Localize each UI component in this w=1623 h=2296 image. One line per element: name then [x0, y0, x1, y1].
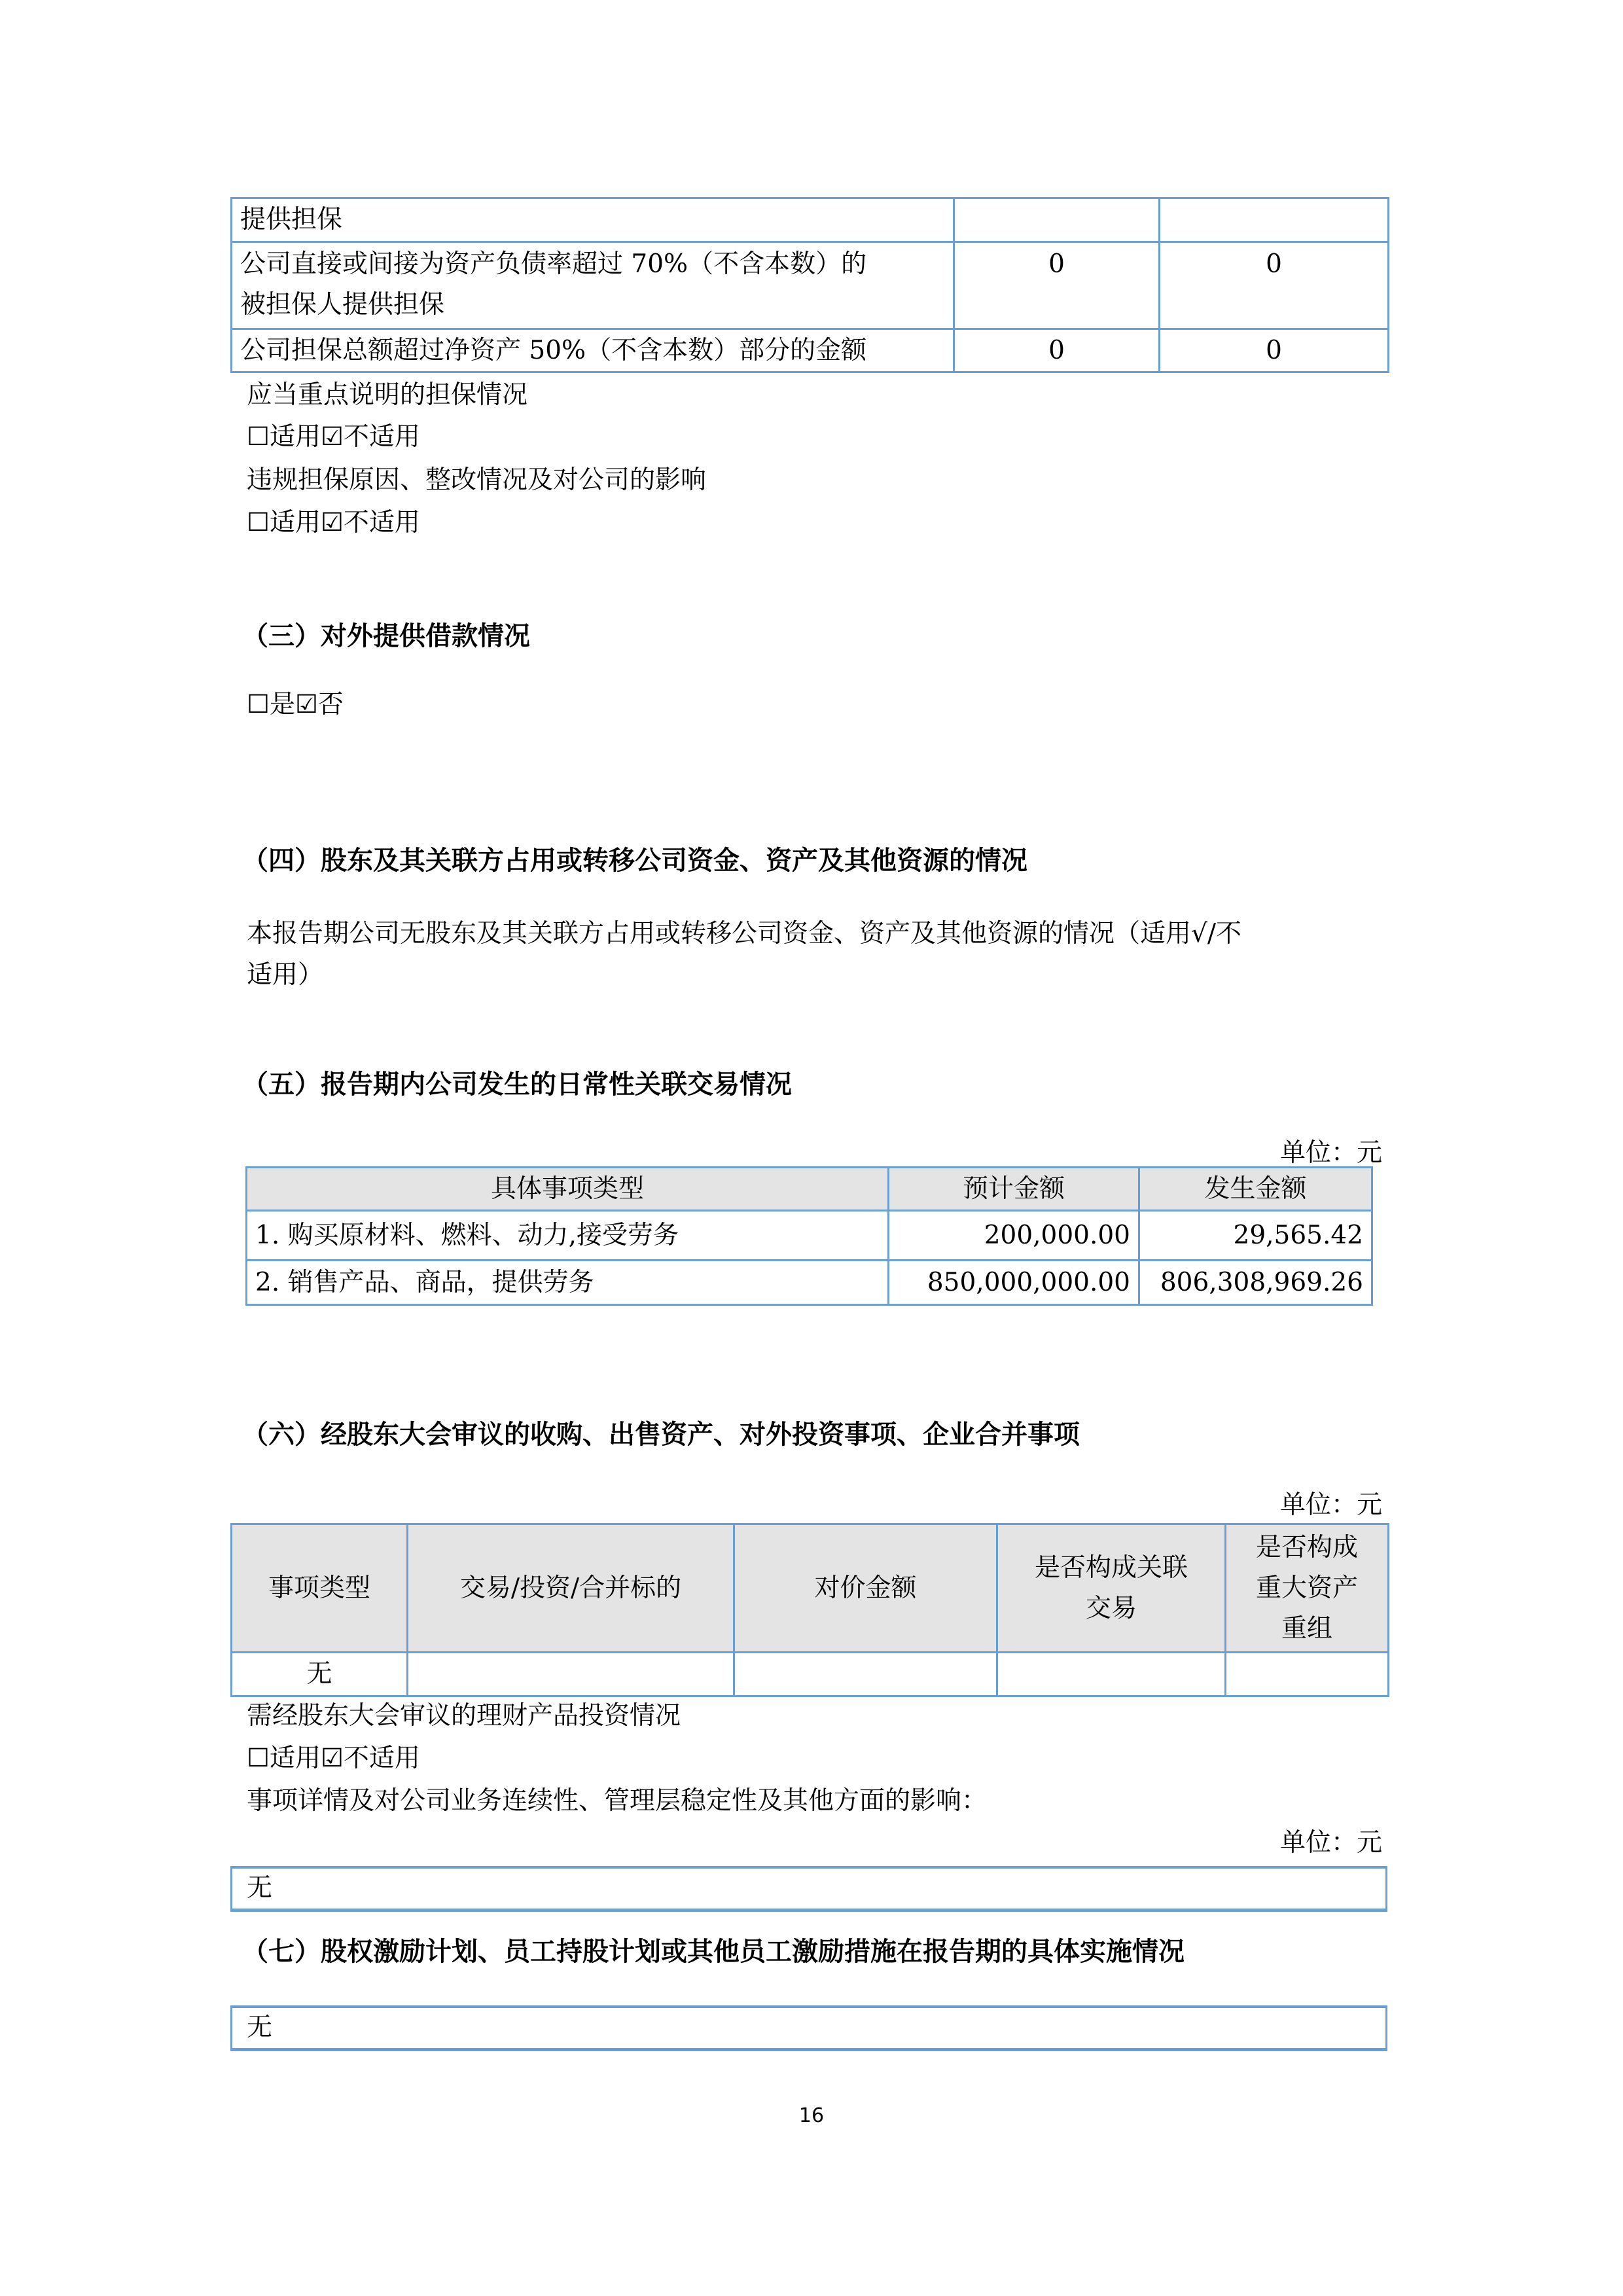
table-row: 1. 购买原材料、燃料、动力,接受劳务 200,000.00 29,565.42: [247, 1211, 1372, 1261]
section-5-title: （五）报告期内公司发生的日常性关联交易情况: [242, 1064, 792, 1105]
cell-value: 0: [1160, 242, 1389, 329]
incentive-value-box: 无: [230, 2005, 1387, 2051]
guarantee-table: 提供担保 公司直接或间接为资产负债率超过 70%（不含本数）的 被担保人提供担保…: [230, 197, 1389, 373]
section-4-title: （四）股东及其关联方占用或转移公司资金、资产及其他资源的情况: [242, 840, 1027, 882]
impact-value-box: 无: [230, 1866, 1387, 1912]
acquisitions-table: 事项类型 交易/投资/合并标的 对价金额 是否构成关联 交易 是否构成 重大资产…: [230, 1523, 1389, 1697]
item-target: [408, 1653, 734, 1696]
estimated-amount: 850,000,000.00: [889, 1261, 1139, 1305]
transaction-type: 2. 销售产品、商品，提供劳务: [247, 1261, 889, 1305]
violation-guarantee-heading: 违规担保原因、整改情况及对公司的影响: [247, 459, 706, 501]
column-header-line: 交易: [1006, 1588, 1217, 1629]
row-label: 公司担保总额超过净资产 50%（不含本数）部分的金额: [232, 329, 954, 372]
transaction-type: 1. 购买原材料、燃料、动力,接受劳务: [247, 1211, 889, 1261]
column-header: 对价金额: [734, 1524, 997, 1653]
actual-amount: 806,308,969.26: [1139, 1261, 1372, 1305]
table-row: 提供担保: [232, 198, 1389, 242]
violation-guarantee-choice: ☐适用☑不适用: [247, 502, 420, 544]
table-row: 公司担保总额超过净资产 50%（不含本数）部分的金额 0 0: [232, 329, 1389, 372]
column-header: 是否构成关联 交易: [997, 1524, 1226, 1653]
impact-heading: 事项详情及对公司业务连续性、管理层稳定性及其他方面的影响：: [247, 1780, 987, 1822]
cell-value: 0: [954, 242, 1160, 329]
estimated-amount: 200,000.00: [889, 1211, 1139, 1261]
column-header: 是否构成 重大资产 重组: [1226, 1524, 1389, 1653]
key-guarantee-choice: ☐适用☑不适用: [247, 416, 420, 458]
section-4-body-line2: 适用）: [247, 954, 323, 996]
column-header: 事项类型: [232, 1524, 408, 1653]
column-header-line: 重大资产: [1234, 1568, 1380, 1609]
wealth-management-choice: ☐适用☑不适用: [247, 1738, 420, 1780]
column-header: 交易/投资/合并标的: [408, 1524, 734, 1653]
column-header: 具体事项类型: [247, 1168, 889, 1211]
wealth-management-heading: 需经股东大会审议的理财产品投资情况: [247, 1695, 681, 1737]
section-6-title: （六）经股东大会审议的收购、出售资产、对外投资事项、企业合并事项: [242, 1414, 1080, 1456]
cell-value: [1160, 198, 1389, 242]
section-4-body-line1: 本报告期公司无股东及其关联方占用或转移公司资金、资产及其他资源的情况（适用√/不: [247, 913, 1241, 955]
column-header: 预计金额: [889, 1168, 1139, 1211]
cell-value: [954, 198, 1160, 242]
column-header-line: 重组: [1234, 1609, 1380, 1649]
row-label: 公司直接或间接为资产负债率超过 70%（不含本数）的 被担保人提供担保: [232, 242, 954, 329]
key-guarantee-heading: 应当重点说明的担保情况: [247, 374, 527, 416]
incentive-value: 无: [247, 2013, 272, 2042]
table-header-row: 具体事项类型 预计金额 发生金额: [247, 1168, 1372, 1211]
related-transactions-table: 具体事项类型 预计金额 发生金额 1. 购买原材料、燃料、动力,接受劳务 200…: [245, 1166, 1373, 1306]
impact-unit: 单位：元: [1280, 1823, 1382, 1863]
table-row: 2. 销售产品、商品，提供劳务 850,000,000.00 806,308,9…: [247, 1261, 1372, 1305]
item-type: 无: [232, 1653, 408, 1696]
column-header-line: 是否构成关联: [1006, 1548, 1217, 1588]
section-3-title: （三）对外提供借款情况: [242, 615, 530, 657]
impact-value: 无: [247, 1873, 272, 1903]
column-header-line: 是否构成: [1234, 1528, 1380, 1568]
cell-value: 0: [1160, 329, 1389, 372]
row-label: 提供担保: [232, 198, 954, 242]
item-related: [997, 1653, 1226, 1696]
section-7-title: （七）股权激励计划、员工持股计划或其他员工激励措施在报告期的具体实施情况: [242, 1931, 1185, 1973]
actual-amount: 29,565.42: [1139, 1211, 1372, 1261]
table-row: 无: [232, 1653, 1389, 1696]
section-3-choice: ☐是☑否: [247, 684, 344, 726]
item-amount: [734, 1653, 997, 1696]
table-header-row: 事项类型 交易/投资/合并标的 对价金额 是否构成关联 交易 是否构成 重大资产…: [232, 1524, 1389, 1653]
cell-value: 0: [954, 329, 1160, 372]
page-number: 16: [0, 2104, 1623, 2127]
row-label-line: 公司直接或间接为资产负债率超过 70%（不含本数）的: [240, 244, 945, 285]
table-row: 公司直接或间接为资产负债率超过 70%（不含本数）的 被担保人提供担保 0 0: [232, 242, 1389, 329]
row-label-line: 被担保人提供担保: [240, 285, 945, 325]
column-header: 发生金额: [1139, 1168, 1372, 1211]
section-6-unit: 单位：元: [1280, 1486, 1382, 1525]
item-major: [1226, 1653, 1389, 1696]
